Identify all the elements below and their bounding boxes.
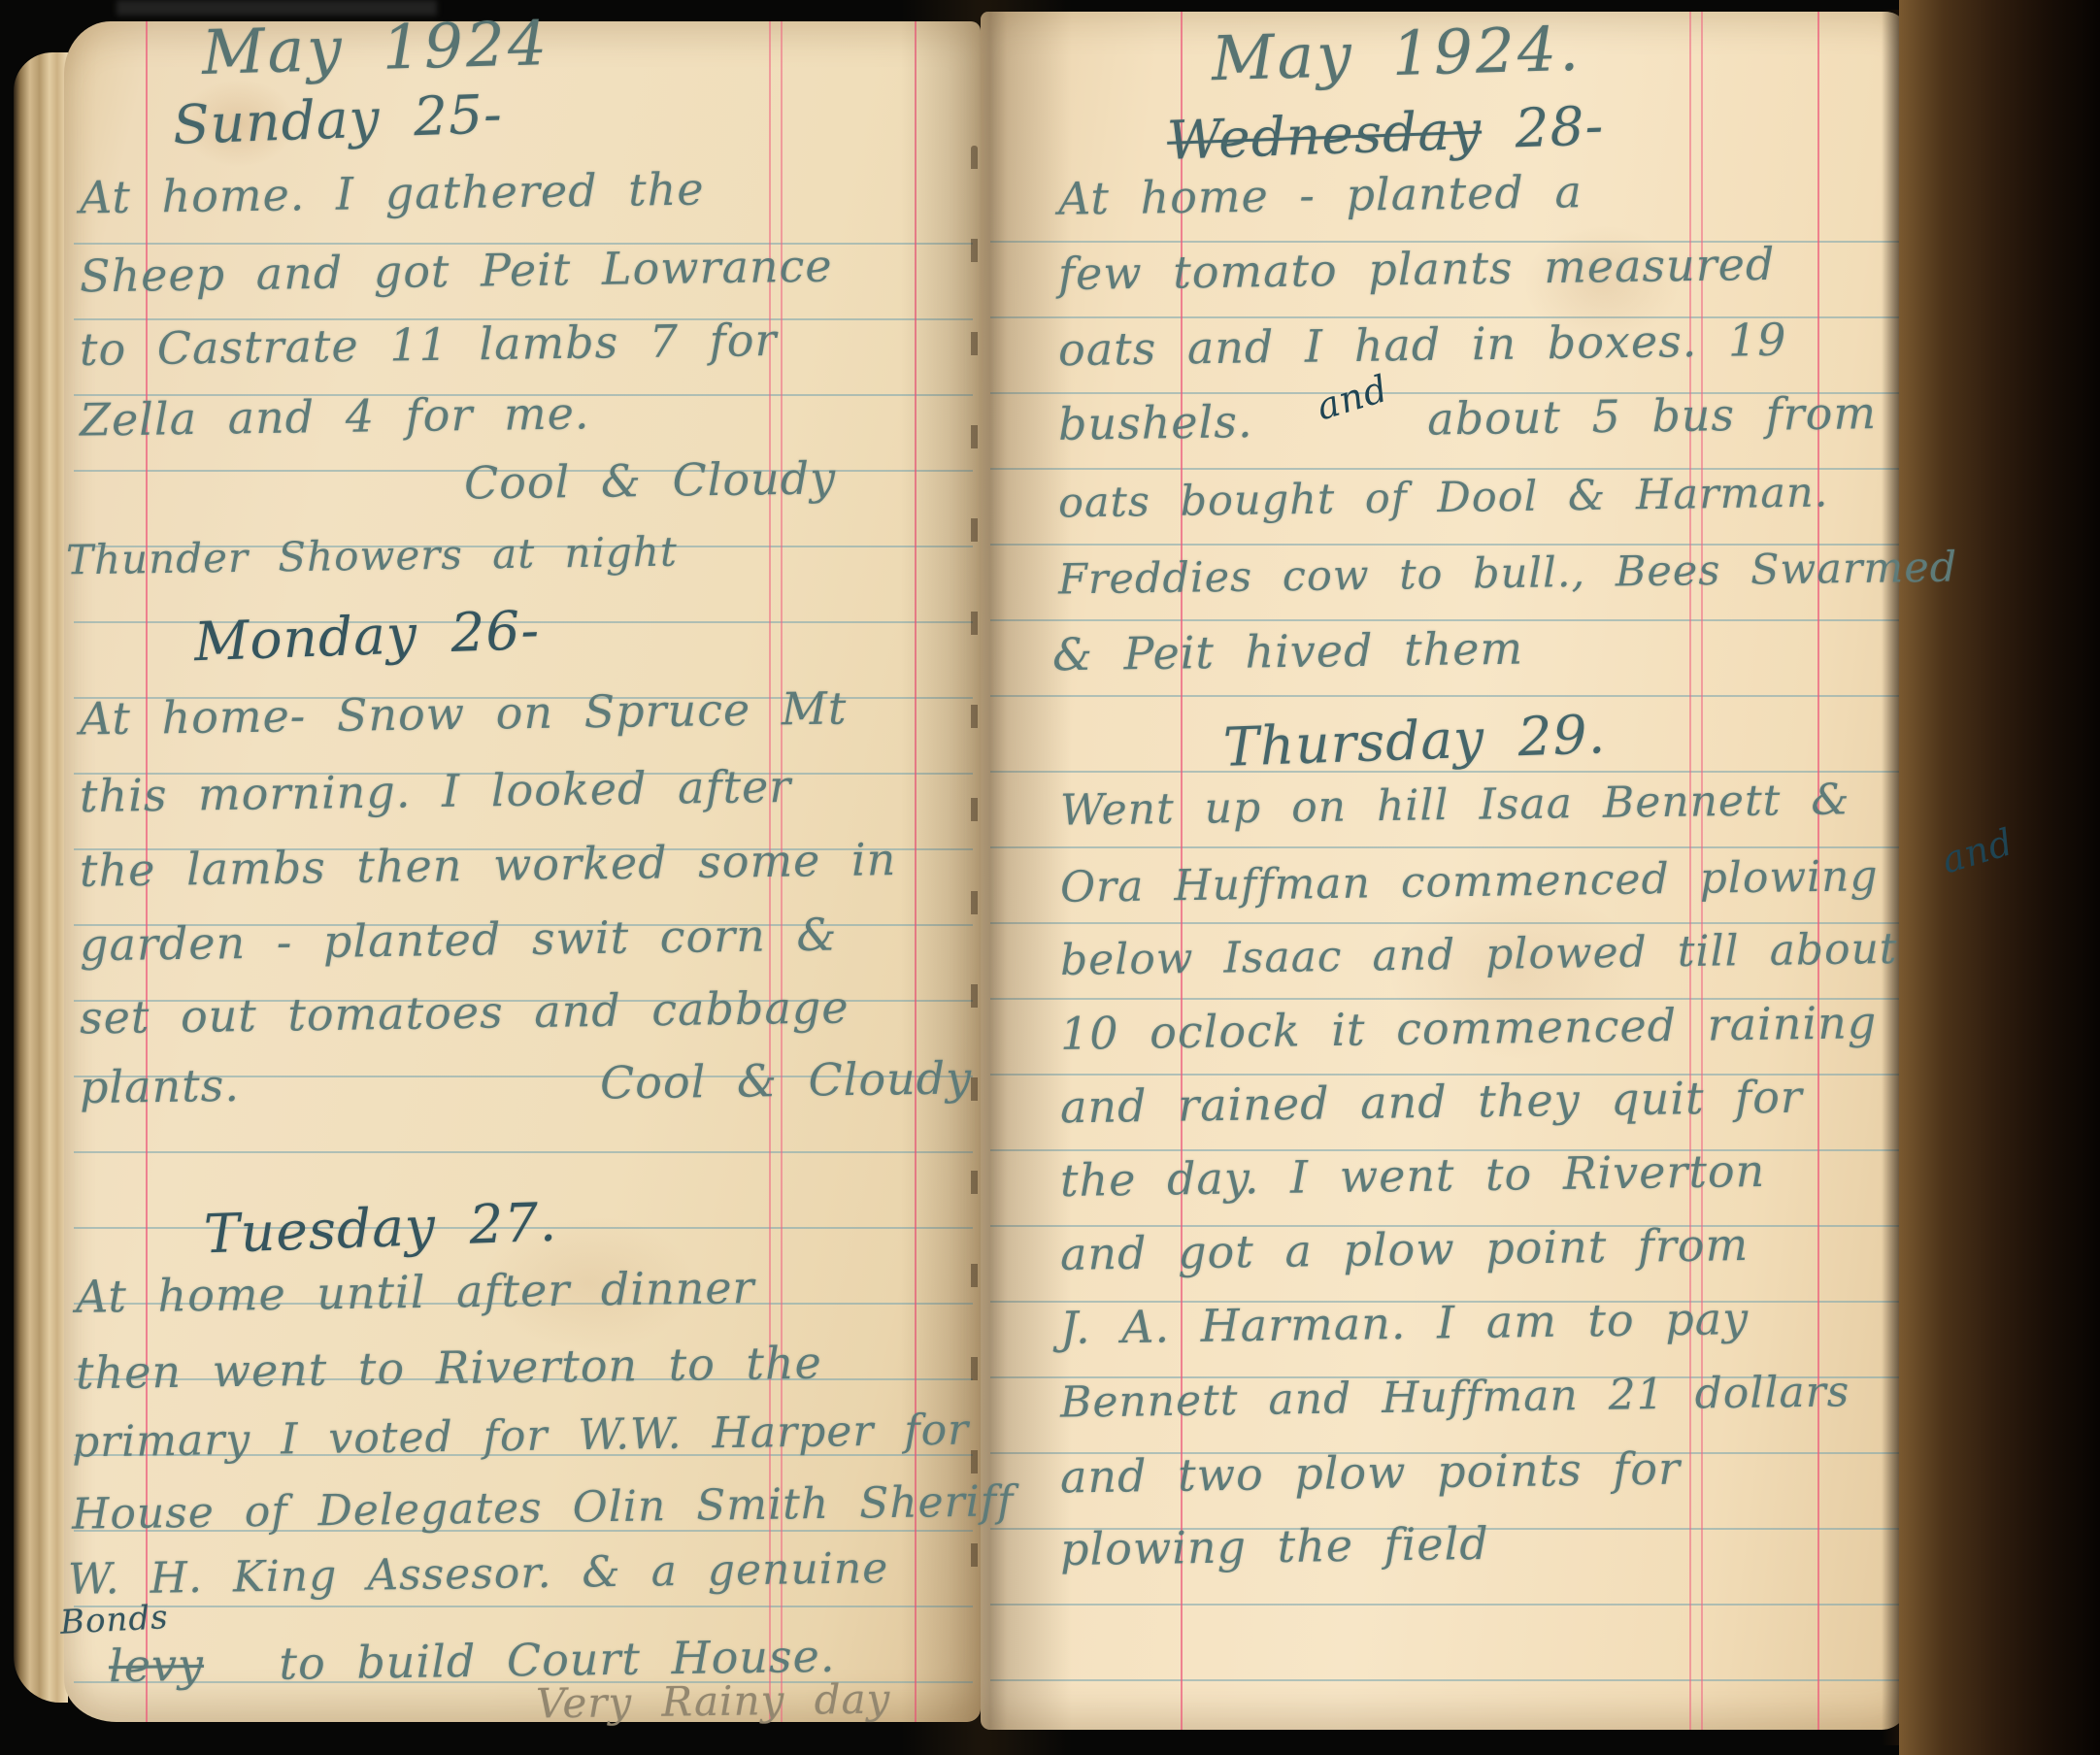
diary-line: below Isaac and plowed till about (1060, 928, 1898, 982)
entry-heading-sunday: Sunday 25- (172, 87, 503, 152)
weather-note: Cool & Cloudy (464, 455, 837, 505)
month-title-right: May 1924. (1211, 18, 1583, 90)
entry-heading-wednesday: Wednesday 28- (1166, 99, 1605, 168)
diary-line: 10 oclock it commenced raining (1060, 1000, 1878, 1056)
diary-line: At home until after dinner (76, 1265, 755, 1319)
entry-heading-thursday: Thursday 29. (1222, 708, 1607, 775)
struck-day-word: Wednesday (1166, 99, 1483, 172)
diary-line: Went up on hill Isaa Bennett & (1060, 778, 1850, 832)
diary-line: oats bought of Dool & Harman. (1058, 472, 1829, 524)
diary-line: House of Delegates Olin Smith Sheriff (72, 1480, 1015, 1537)
diary-line: plowing the field (1060, 1521, 1489, 1572)
diary-line: the day. I went to Riverton (1060, 1148, 1766, 1203)
diary-line: and got a plow point from (1060, 1222, 1750, 1276)
diary-line: Zella and 4 for me. (80, 390, 590, 442)
line-part: bushels. (1058, 395, 1253, 450)
line-part: about 5 bus from (1427, 386, 1878, 445)
diary-line: primary I voted for W.W. Harper for (72, 1409, 970, 1465)
diary-line: J. A. Harman. I am to pay (1060, 1296, 1750, 1350)
diary-line: and two plow points for (1060, 1446, 1682, 1500)
diary-line: W. H. King Assesor. & a genuine (68, 1547, 889, 1602)
pencil-note: Very Rainy day (536, 1678, 891, 1724)
diary-line: and rained and they quit for (1060, 1075, 1803, 1130)
page-edges-left (14, 52, 68, 1703)
month-title-left: May 1924 (201, 13, 550, 83)
diary-line: garden - planted swit corn & (80, 912, 838, 968)
diary-line: this morning. I looked after (80, 764, 792, 818)
day-number: 28- (1514, 94, 1605, 159)
diary-line: At home. I gathered the (80, 167, 705, 220)
diary-line: At home - planted a (1058, 169, 1583, 221)
diary-line: set out tomatoes and cabbage (80, 984, 850, 1040)
struck-word: levy (109, 1639, 205, 1692)
diary-line: few tomato plants measured (1058, 242, 1776, 296)
weather-note: Thunder Showers at night (66, 532, 678, 581)
diary-line: Sheep and got Peit Lowrance (80, 244, 833, 299)
diary-line: oats and I had in boxes. 19 (1058, 317, 1787, 372)
inserted-word: Bonds (59, 1601, 169, 1639)
diary-photo: May 1924 Sunday 25- At home. I gathered … (0, 0, 2100, 1755)
entry-heading-monday: Monday 26- (193, 604, 541, 669)
diary-line: plants. (80, 1063, 241, 1109)
diary-line: At home- Snow on Spruce Mt (80, 685, 848, 741)
diary-line: to Castrate 11 lambs 7 for (80, 317, 778, 372)
binding-stitches (971, 146, 978, 1621)
diary-line: then went to Riverton to the (76, 1341, 822, 1396)
diary-line: Freddies cow to bull., Bees Swarmed (1058, 547, 1958, 602)
entry-heading-tuesday: Tuesday 27. (203, 1196, 558, 1262)
diary-line: & Peit hived them (1052, 626, 1524, 678)
diary-line: Bennett and Huffman 21 dollars (1060, 1371, 1850, 1424)
diary-line: bushels. and about 5 bus from (1058, 390, 1878, 447)
diary-line: the lambs then worked some in (80, 837, 897, 893)
weather-note: Cool & Cloudy (600, 1055, 973, 1105)
